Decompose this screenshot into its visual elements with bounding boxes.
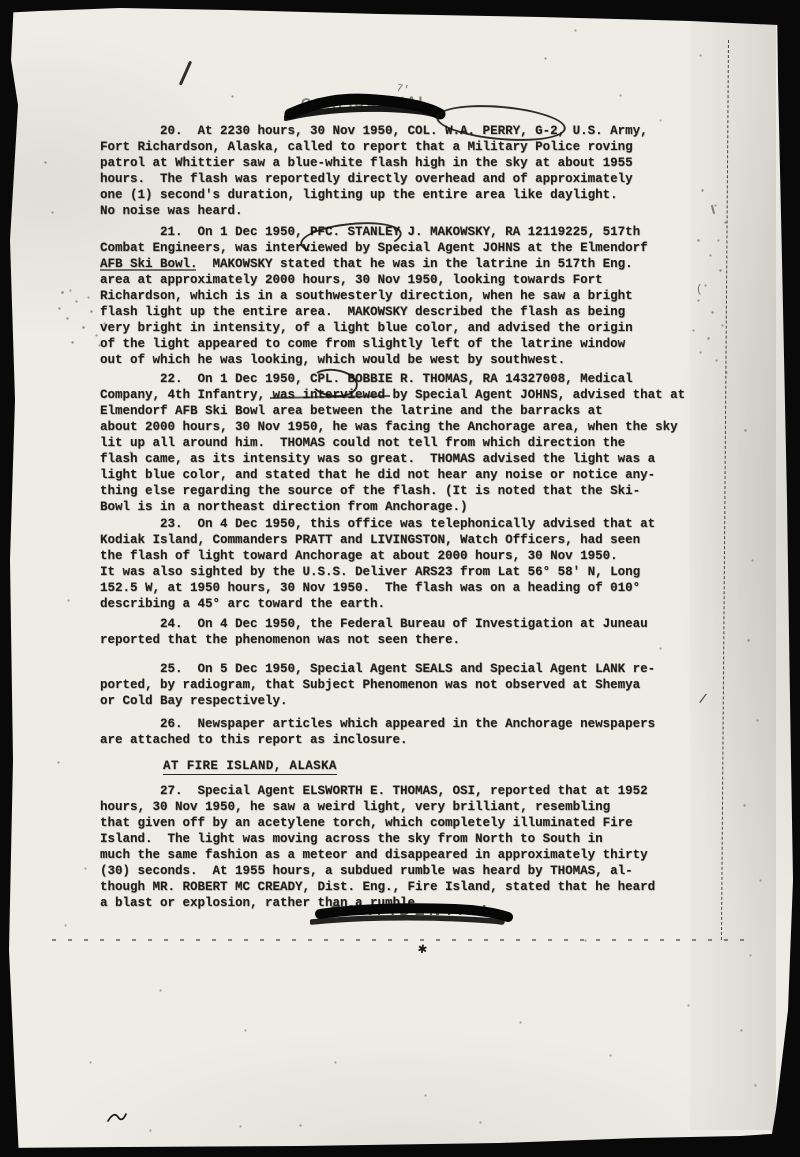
confidential-stamp-bottom: CONFIDENTIAL xyxy=(310,900,516,932)
scan-edge-left xyxy=(0,0,24,1157)
footnote-asterisk-mark: ✱ xyxy=(417,938,429,958)
scan-gray-wash xyxy=(690,20,776,1130)
redaction-marker-stroke-top xyxy=(284,92,446,126)
stray-ink-squiggle xyxy=(106,1108,128,1124)
section-heading-fire-island: AT FIRE ISLAND, ALASKA xyxy=(163,758,337,774)
section-heading-text: AT FIRE ISLAND, ALASKA xyxy=(163,759,337,775)
margin-paren-mark: ( xyxy=(696,284,703,296)
confidential-stamp-top: CONFIDENTIAL 7' xyxy=(284,92,446,126)
ink-underline-mark xyxy=(100,269,196,271)
paragraph-27: 27. Special Agent ELSWORTH E. THOMAS, OS… xyxy=(100,783,655,911)
paragraph-25: 25. On 5 Dec 1950, Special Agent SEALS a… xyxy=(100,661,655,709)
paragraph-23: 23. On 4 Dec 1950, this office was telep… xyxy=(100,516,655,612)
scan-edge-top xyxy=(0,0,800,30)
paragraph-26: 26. Newspaper articles which appeared in… xyxy=(100,716,655,748)
scan-edge-bottom xyxy=(0,1128,800,1157)
paragraph-22: 22. On 1 Dec 1950, CPL. BOBBIE R. THOMAS… xyxy=(100,371,685,515)
paragraph-24: 24. On 4 Dec 1950, the Federal Bureau of… xyxy=(100,616,648,648)
scanned-document-page: CONFIDENTIAL 7' 20. At 2230 hours, 30 No… xyxy=(0,0,800,1157)
redaction-marker-stroke-bottom xyxy=(310,900,516,932)
scan-dotted-line xyxy=(52,939,744,941)
paragraph-20: 20. At 2230 hours, 30 Nov 1950, COL. W.A… xyxy=(100,123,648,219)
ink-stroke-mark xyxy=(179,61,192,86)
